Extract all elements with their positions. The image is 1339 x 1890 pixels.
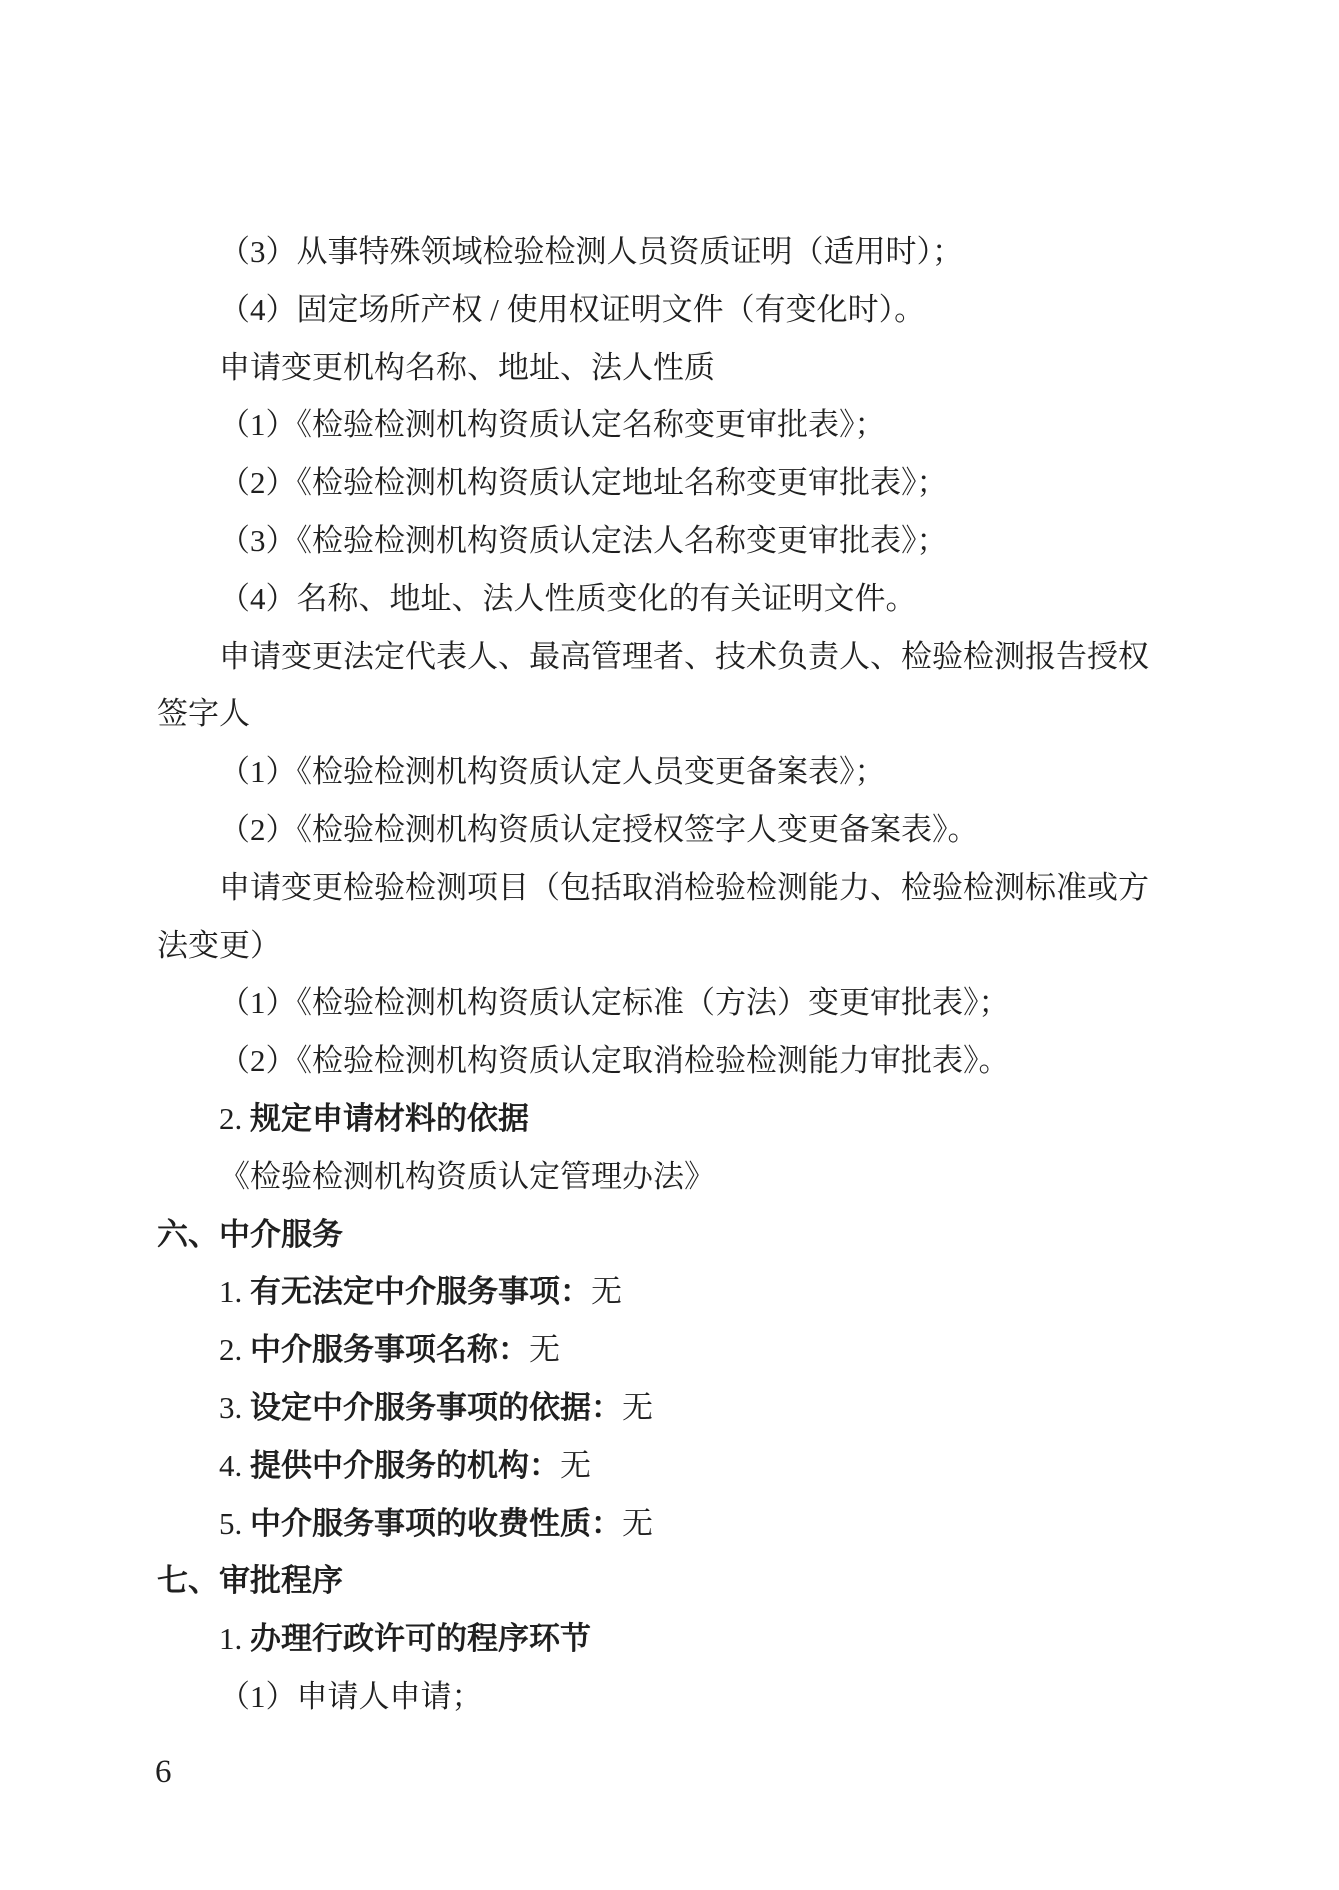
text-run: 5. (219, 1506, 250, 1541)
bold-text-run: 中介服务事项的收费性质： (250, 1506, 622, 1541)
bold-text-run: 中介服务事项名称： (250, 1332, 529, 1367)
document-line: （2）《检验检测机构资质认定地址名称变更审批表》； (157, 454, 1167, 512)
document-line: 《检验检测机构资质认定管理办法》 (157, 1148, 1167, 1206)
bold-text-run: 七、审批程序 (157, 1563, 343, 1598)
bold-text-run: 办理行政许可的程序环节 (250, 1621, 591, 1656)
text-run: 2. (219, 1332, 250, 1367)
text-block: （3）从事特殊领域检验检测人员资质证明（适用时）；（4）固定场所产权 / 使用权… (157, 223, 1167, 1726)
document-line: 1. 办理行政许可的程序环节 (157, 1610, 1167, 1668)
document-line: 2. 规定申请材料的依据 (157, 1090, 1167, 1148)
document-line: 法变更） (157, 917, 1167, 975)
text-run: 无 (622, 1390, 653, 1425)
bold-text-run: 提供中介服务的机构： (250, 1448, 560, 1483)
document-line: （1）《检验检测机构资质认定标准（方法）变更审批表》； (157, 974, 1167, 1032)
text-run: 1. (219, 1274, 250, 1309)
text-run: 3. (219, 1390, 250, 1425)
document-line: （1）申请人申请； (157, 1668, 1167, 1726)
text-run: 无 (529, 1332, 560, 1367)
text-run: 无 (560, 1448, 591, 1483)
document-line: 3. 设定中介服务事项的依据：无 (157, 1379, 1167, 1437)
document-line: （2）《检验检测机构资质认定取消检验检测能力审批表》。 (157, 1032, 1167, 1090)
document-line: 申请变更法定代表人、最高管理者、技术负责人、检验检测报告授权 (157, 628, 1167, 686)
section-heading: 七、审批程序 (157, 1552, 1167, 1610)
text-run: 1. (219, 1621, 250, 1656)
text-run: 2. (219, 1101, 250, 1136)
document-line: （2）《检验检测机构资质认定授权签字人变更备案表》。 (157, 801, 1167, 859)
text-run: 4. (219, 1448, 250, 1483)
page-number: 6 (155, 1752, 172, 1792)
text-run: 无 (591, 1274, 622, 1309)
document-line: （3）从事特殊领域检验检测人员资质证明（适用时）； (157, 223, 1167, 281)
document-line: （4）固定场所产权 / 使用权证明文件（有变化时）。 (157, 281, 1167, 339)
document-line: 4. 提供中介服务的机构：无 (157, 1437, 1167, 1495)
document-line: 签字人 (157, 685, 1167, 743)
document-line: （4）名称、地址、法人性质变化的有关证明文件。 (157, 570, 1167, 628)
bold-text-run: 设定中介服务事项的依据： (250, 1390, 622, 1425)
document-line: 1. 有无法定中介服务事项：无 (157, 1263, 1167, 1321)
bold-text-run: 规定申请材料的依据 (250, 1101, 529, 1136)
document-line: 申请变更检验检测项目（包括取消检验检测能力、检验检测标准或方 (157, 859, 1167, 917)
document-page: { "page": { "number": "6", "background":… (0, 0, 1339, 1890)
bold-text-run: 六、中介服务 (157, 1217, 343, 1252)
document-line: （1）《检验检测机构资质认定人员变更备案表》； (157, 743, 1167, 801)
document-line: 5. 中介服务事项的收费性质：无 (157, 1495, 1167, 1553)
section-heading: 六、中介服务 (157, 1206, 1167, 1264)
document-line: 2. 中介服务事项名称：无 (157, 1321, 1167, 1379)
document-line: （1）《检验检测机构资质认定名称变更审批表》； (157, 396, 1167, 454)
document-line: 申请变更机构名称、地址、法人性质 (157, 339, 1167, 397)
text-run: 无 (622, 1506, 653, 1541)
document-line: （3）《检验检测机构资质认定法人名称变更审批表》； (157, 512, 1167, 570)
bold-text-run: 有无法定中介服务事项： (250, 1274, 591, 1309)
